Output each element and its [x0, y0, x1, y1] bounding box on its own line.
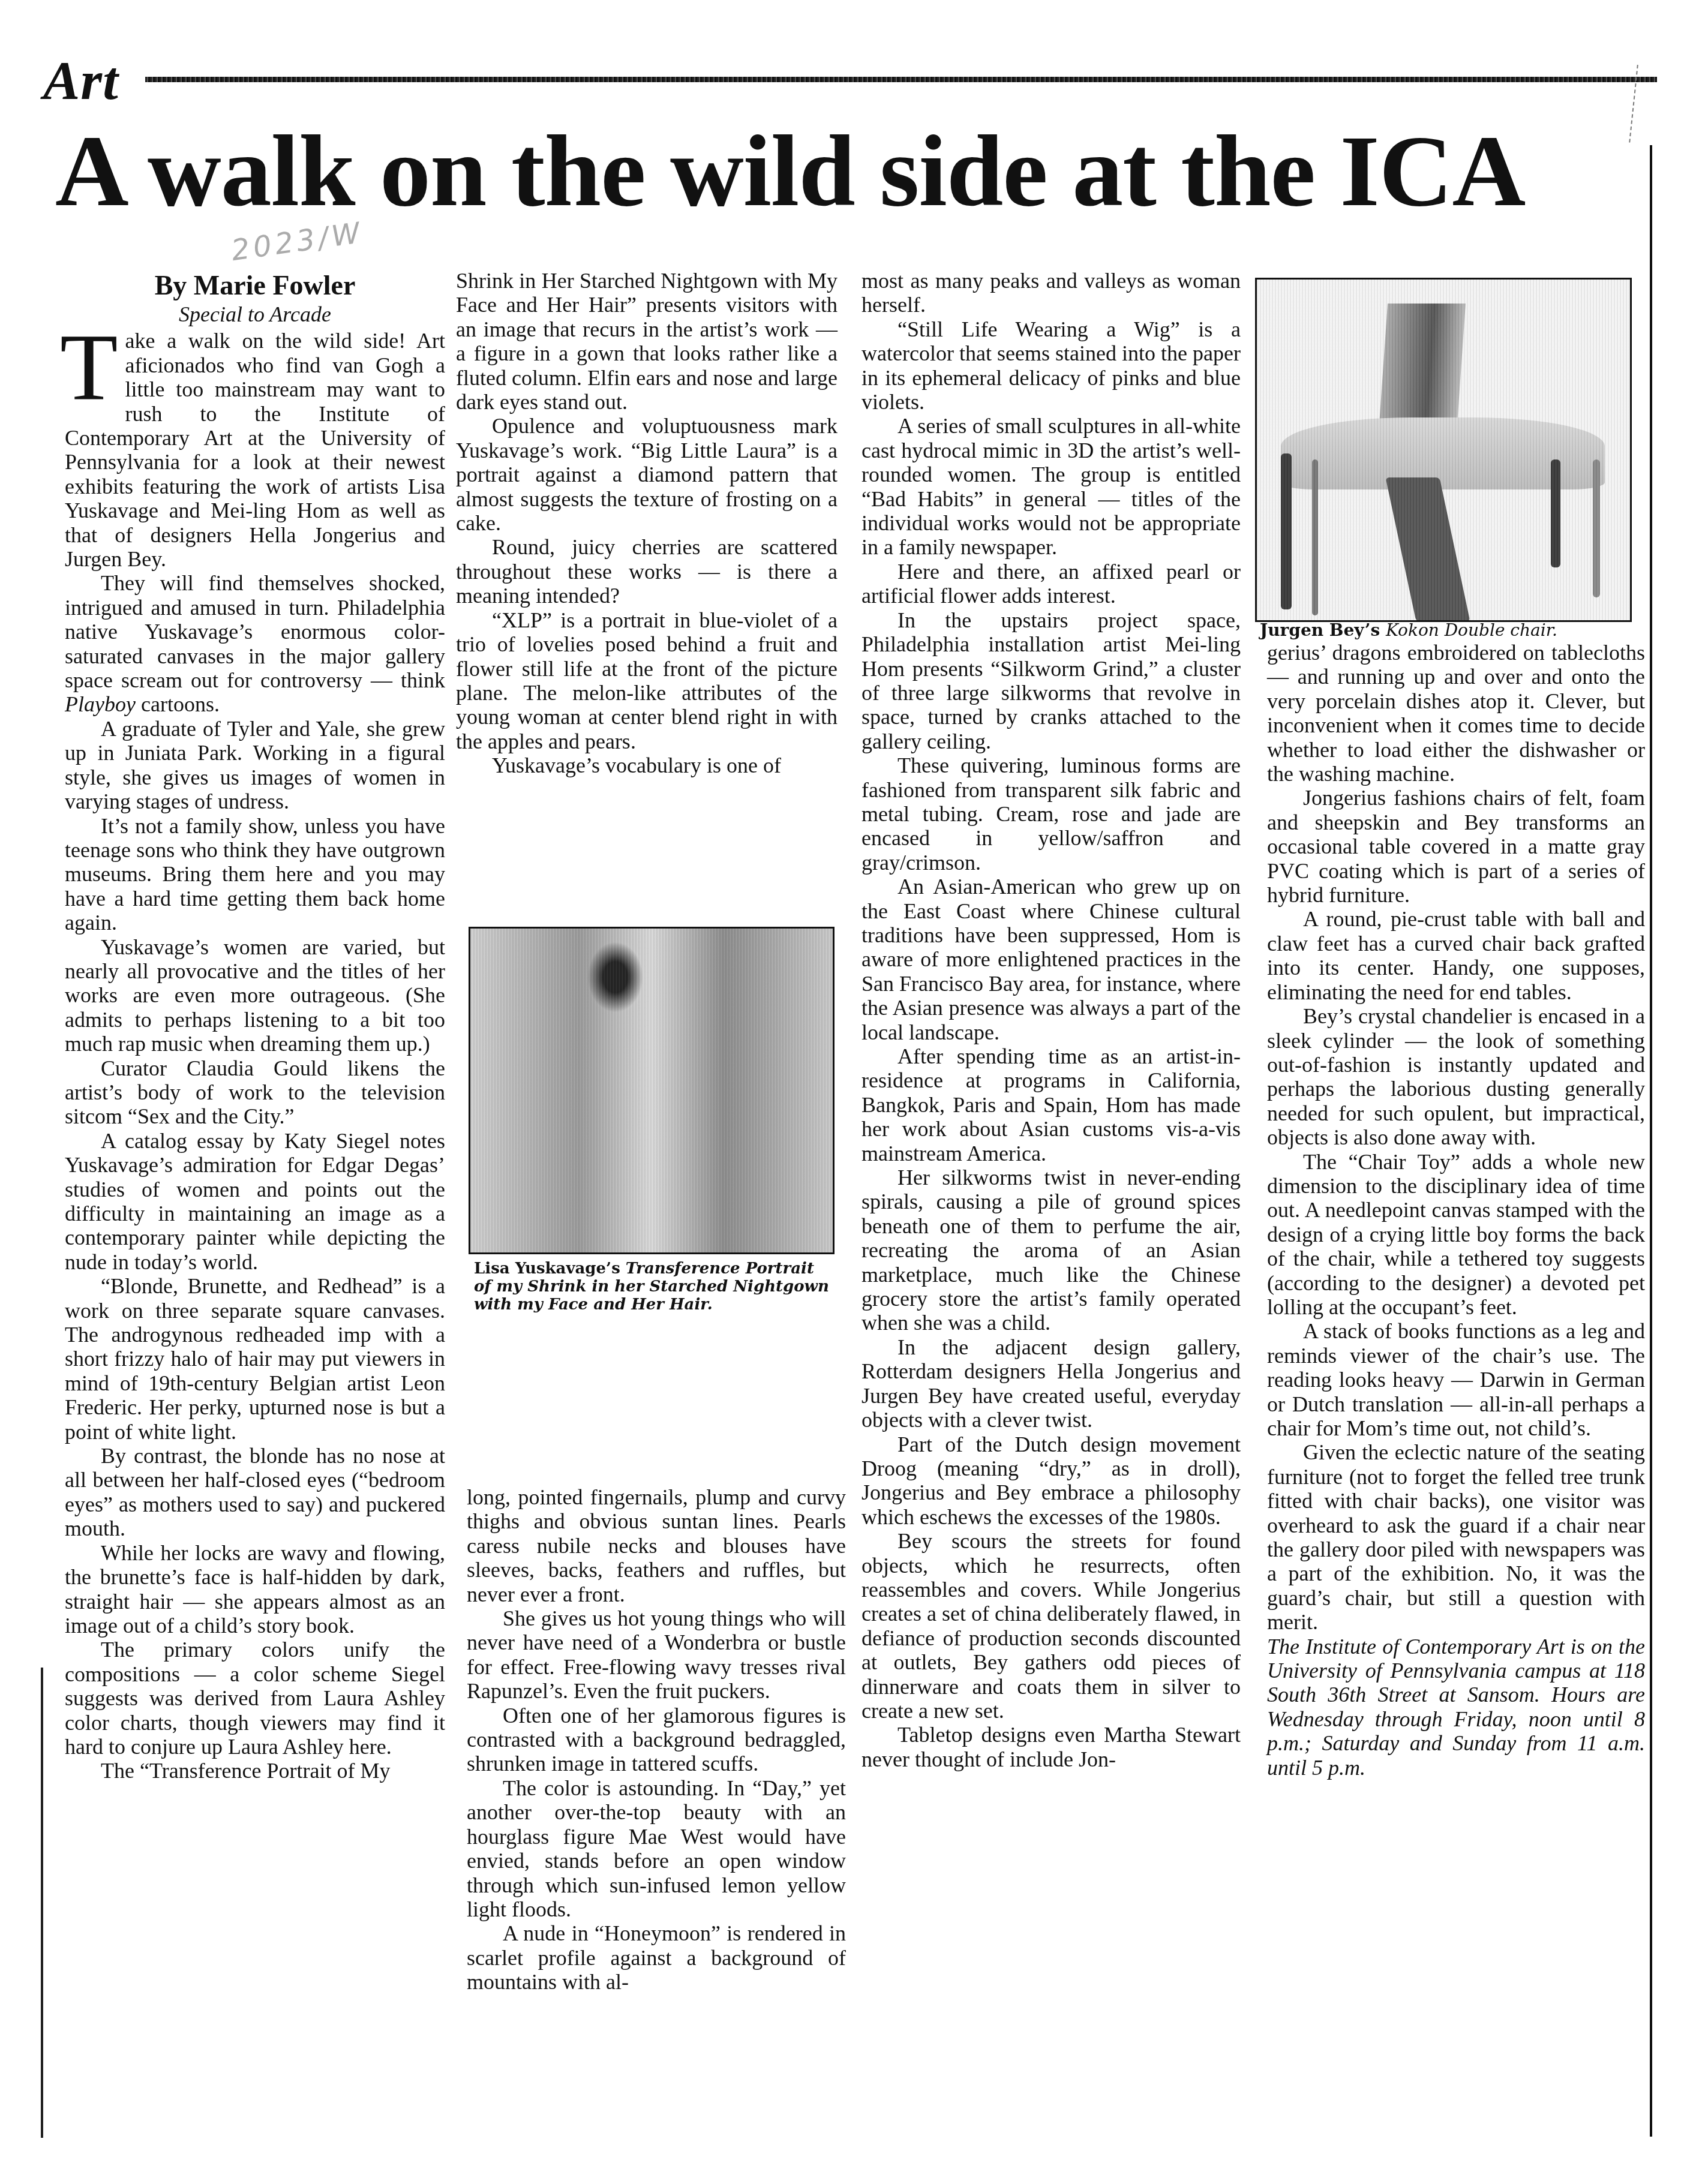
paragraph: After spending time as an artist-in-resi…	[861, 1044, 1241, 1165]
paragraph: Bey’s crystal chandelier is encased in a…	[1267, 1004, 1645, 1149]
column-1: By Marie Fowler Special to Arcade Take a…	[65, 269, 445, 1783]
paragraph-text: They will find themselves shocked, intri…	[65, 571, 445, 692]
paragraph: A graduate of Tyler and Yale, she grew u…	[65, 717, 445, 814]
paragraph: Her silkworms twist in never-ending spir…	[861, 1165, 1241, 1335]
paragraph: In the adjacent design gallery, Rotterda…	[861, 1335, 1241, 1432]
paragraph: An Asian-American who grew up on the Eas…	[861, 875, 1241, 1044]
column-3: most as many peaks and valleys as woman …	[861, 269, 1241, 1771]
exhibition-info: The Institute of Contemporary Art is on …	[1267, 1635, 1645, 1780]
paragraph: It’s not a family show, unless you have …	[65, 814, 445, 935]
paragraph: Given the eclectic nature of the seating…	[1267, 1440, 1645, 1634]
section-rule	[145, 77, 1657, 82]
paragraph: Yuskavage’s vocabulary is one of	[456, 753, 838, 777]
chair-back	[1378, 304, 1466, 441]
paragraph: Shrink in Her Starched Nightgown with My…	[456, 269, 838, 414]
chair-leg	[1551, 459, 1560, 567]
byline-credit: Special to Arcade	[65, 302, 445, 328]
caption-prefix: Jurgen Bey’s	[1260, 620, 1386, 640]
caption-title: Kokon Double chair.	[1386, 620, 1557, 640]
paragraph: Curator Claudia Gould likens the artist’…	[65, 1056, 445, 1129]
paragraph: In the upstairs project space, Philadelp…	[861, 608, 1241, 753]
paragraph: gerius’ dragons embroidered on tableclot…	[1267, 641, 1645, 786]
chair-leg	[1281, 453, 1292, 609]
drop-cap: T	[60, 329, 125, 405]
paragraph: most as many peaks and valleys as woman …	[861, 269, 1241, 317]
column-2-bottom: long, pointed fingernails, plump and cur…	[467, 1485, 846, 1994]
chair-leg	[1593, 459, 1600, 597]
chair-leg	[1385, 477, 1470, 621]
paragraph: Bey scours the streets for found objects…	[861, 1529, 1241, 1723]
paragraph: She gives us hot young things who will n…	[467, 1606, 846, 1704]
paragraph: The “Chair Toy” adds a whole new dimensi…	[1267, 1150, 1645, 1320]
figure-caption-2: Jurgen Bey’s Kokon Double chair.	[1260, 621, 1632, 639]
paragraph: Often one of her glamorous figures is co…	[467, 1704, 846, 1776]
figure-caption-1: Lisa Yuskavage’s Transference Portrait o…	[474, 1260, 834, 1314]
byline-author: By Marie Fowler	[65, 269, 445, 302]
paragraph-text: cartoons.	[136, 692, 220, 716]
paragraph: A stack of books functions as a leg and …	[1267, 1319, 1645, 1440]
paragraph: Here and there, an affixed pearl or arti…	[861, 560, 1241, 608]
paragraph: The color is astounding. In “Day,” yet a…	[467, 1776, 846, 1921]
paragraph: The “Transference Portrait of My	[65, 1759, 445, 1783]
section-label: Art	[43, 53, 119, 108]
paragraph: Yuskavage’s women are varied, but nearly…	[65, 935, 445, 1056]
paragraph: A catalog essay by Katy Siegel notes Yus…	[65, 1129, 445, 1274]
caption-prefix: Lisa Yuskavage’s	[474, 1260, 626, 1278]
paragraph: “Still Life Wearing a Wig” is a watercol…	[861, 317, 1241, 414]
chair-seat	[1281, 417, 1605, 489]
paragraph: Tabletop designs even Martha Stewart nev…	[861, 1723, 1241, 1771]
figure-photo-transference-portrait	[469, 927, 835, 1254]
paragraph: Jongerius fashions chairs of felt, foam …	[1267, 786, 1645, 907]
paragraph: Round, juicy cherries are scattered thro…	[456, 535, 838, 608]
paragraph: Opulence and voluptuousness mark Yuskava…	[456, 414, 838, 535]
column-4: gerius’ dragons embroidered on tableclot…	[1267, 641, 1645, 1780]
column-rule-right	[1650, 145, 1652, 2137]
paragraph: long, pointed fingernails, plump and cur…	[467, 1485, 846, 1606]
column-rule-left	[41, 1668, 43, 2138]
paragraph: While her locks are wavy and flowing, th…	[65, 1541, 445, 1638]
paragraph: “Blonde, Brunette, and Redhead” is a wor…	[65, 1274, 445, 1444]
paragraph: A series of small sculptures in all-whit…	[861, 414, 1241, 559]
paragraph: A nude in “Honeymoon” is rendered in sca…	[467, 1921, 846, 1994]
column-2-top: Shrink in Her Starched Nightgown with My…	[456, 269, 838, 778]
paragraph: The primary colors unify the composition…	[65, 1638, 445, 1759]
paragraph: “XLP” is a portrait in blue-violet of a …	[456, 608, 838, 753]
italic-title: Playboy	[65, 692, 136, 716]
paragraph: Take a walk on the wild side! Art aficio…	[65, 329, 445, 571]
paragraph: They will find themselves shocked, intri…	[65, 571, 445, 716]
paragraph: A round, pie-crust table with ball and c…	[1267, 907, 1645, 1004]
paragraph: By contrast, the blonde has no nose at a…	[65, 1444, 445, 1541]
chair-leg	[1312, 459, 1318, 615]
paragraph: Part of the Dutch design movement Droog …	[861, 1432, 1241, 1530]
figure-photo-kokon-chair	[1255, 278, 1632, 622]
headline: A walk on the wild side at the ICA	[55, 120, 1525, 222]
paragraph: These quivering, luminous forms are fash…	[861, 753, 1241, 875]
